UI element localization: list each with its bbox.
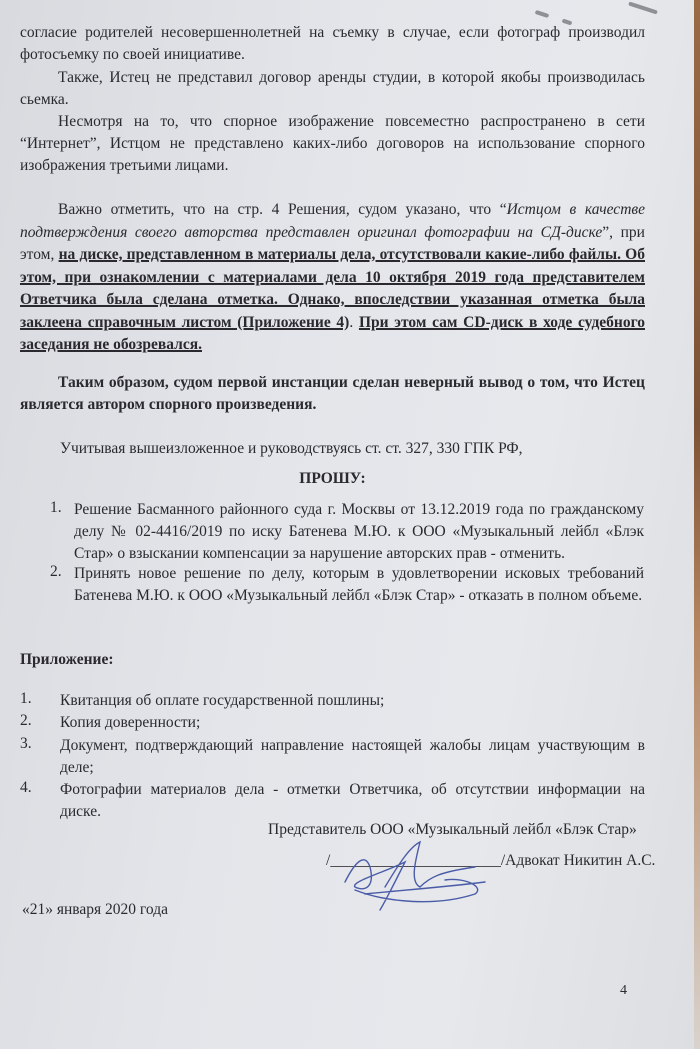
page-number: 4 xyxy=(620,980,640,1002)
cd-dot: . xyxy=(349,314,359,331)
paragraph-parental-consent: согласие родителей несовершеннолетней на… xyxy=(20,22,645,66)
attachments-heading: Приложение: xyxy=(20,649,645,671)
paragraph-legal-basis: Учитывая вышеизложенное и руководствуясь… xyxy=(22,438,647,460)
cd-lead-text: Важно отметить, что на стр. 4 Решения, с… xyxy=(58,201,507,218)
attachment-number: 1. xyxy=(20,690,32,708)
document-date: «21» января 2020 года xyxy=(22,899,647,921)
table-edge xyxy=(694,0,700,1049)
paragraph-studio-lease: Также, Истец не представил договор аренд… xyxy=(20,67,645,111)
staple-mark xyxy=(535,10,550,18)
paragraph-cd-disk: Важно отметить, что на стр. 4 Решения, с… xyxy=(20,199,645,357)
paragraph-internet-distribution: Несмотря на то, что спорное изображение … xyxy=(20,111,645,177)
attachment-number: 3. xyxy=(20,735,32,753)
request-item: Решение Басманного районного суда г. Мос… xyxy=(74,499,644,565)
attachment-item: Квитанция об оплате государственной пошл… xyxy=(60,690,645,712)
request-number: 2. xyxy=(50,563,62,581)
attachment-item: Фотографии материалов дела - отметки Отв… xyxy=(60,768,645,823)
paragraph-conclusion: Таким образом, судом первой инстанции сд… xyxy=(20,372,645,416)
staple-mark xyxy=(628,1,658,14)
request-number: 1. xyxy=(50,499,62,517)
attachment-number: 4. xyxy=(20,779,32,797)
request-heading: ПРОШУ: xyxy=(20,468,645,490)
signatory-name: /Адвокат Никитин А.С. xyxy=(501,852,656,869)
attachment-number: 2. xyxy=(20,712,32,730)
request-item: Принять новое решение по делу, которым в… xyxy=(74,563,644,607)
